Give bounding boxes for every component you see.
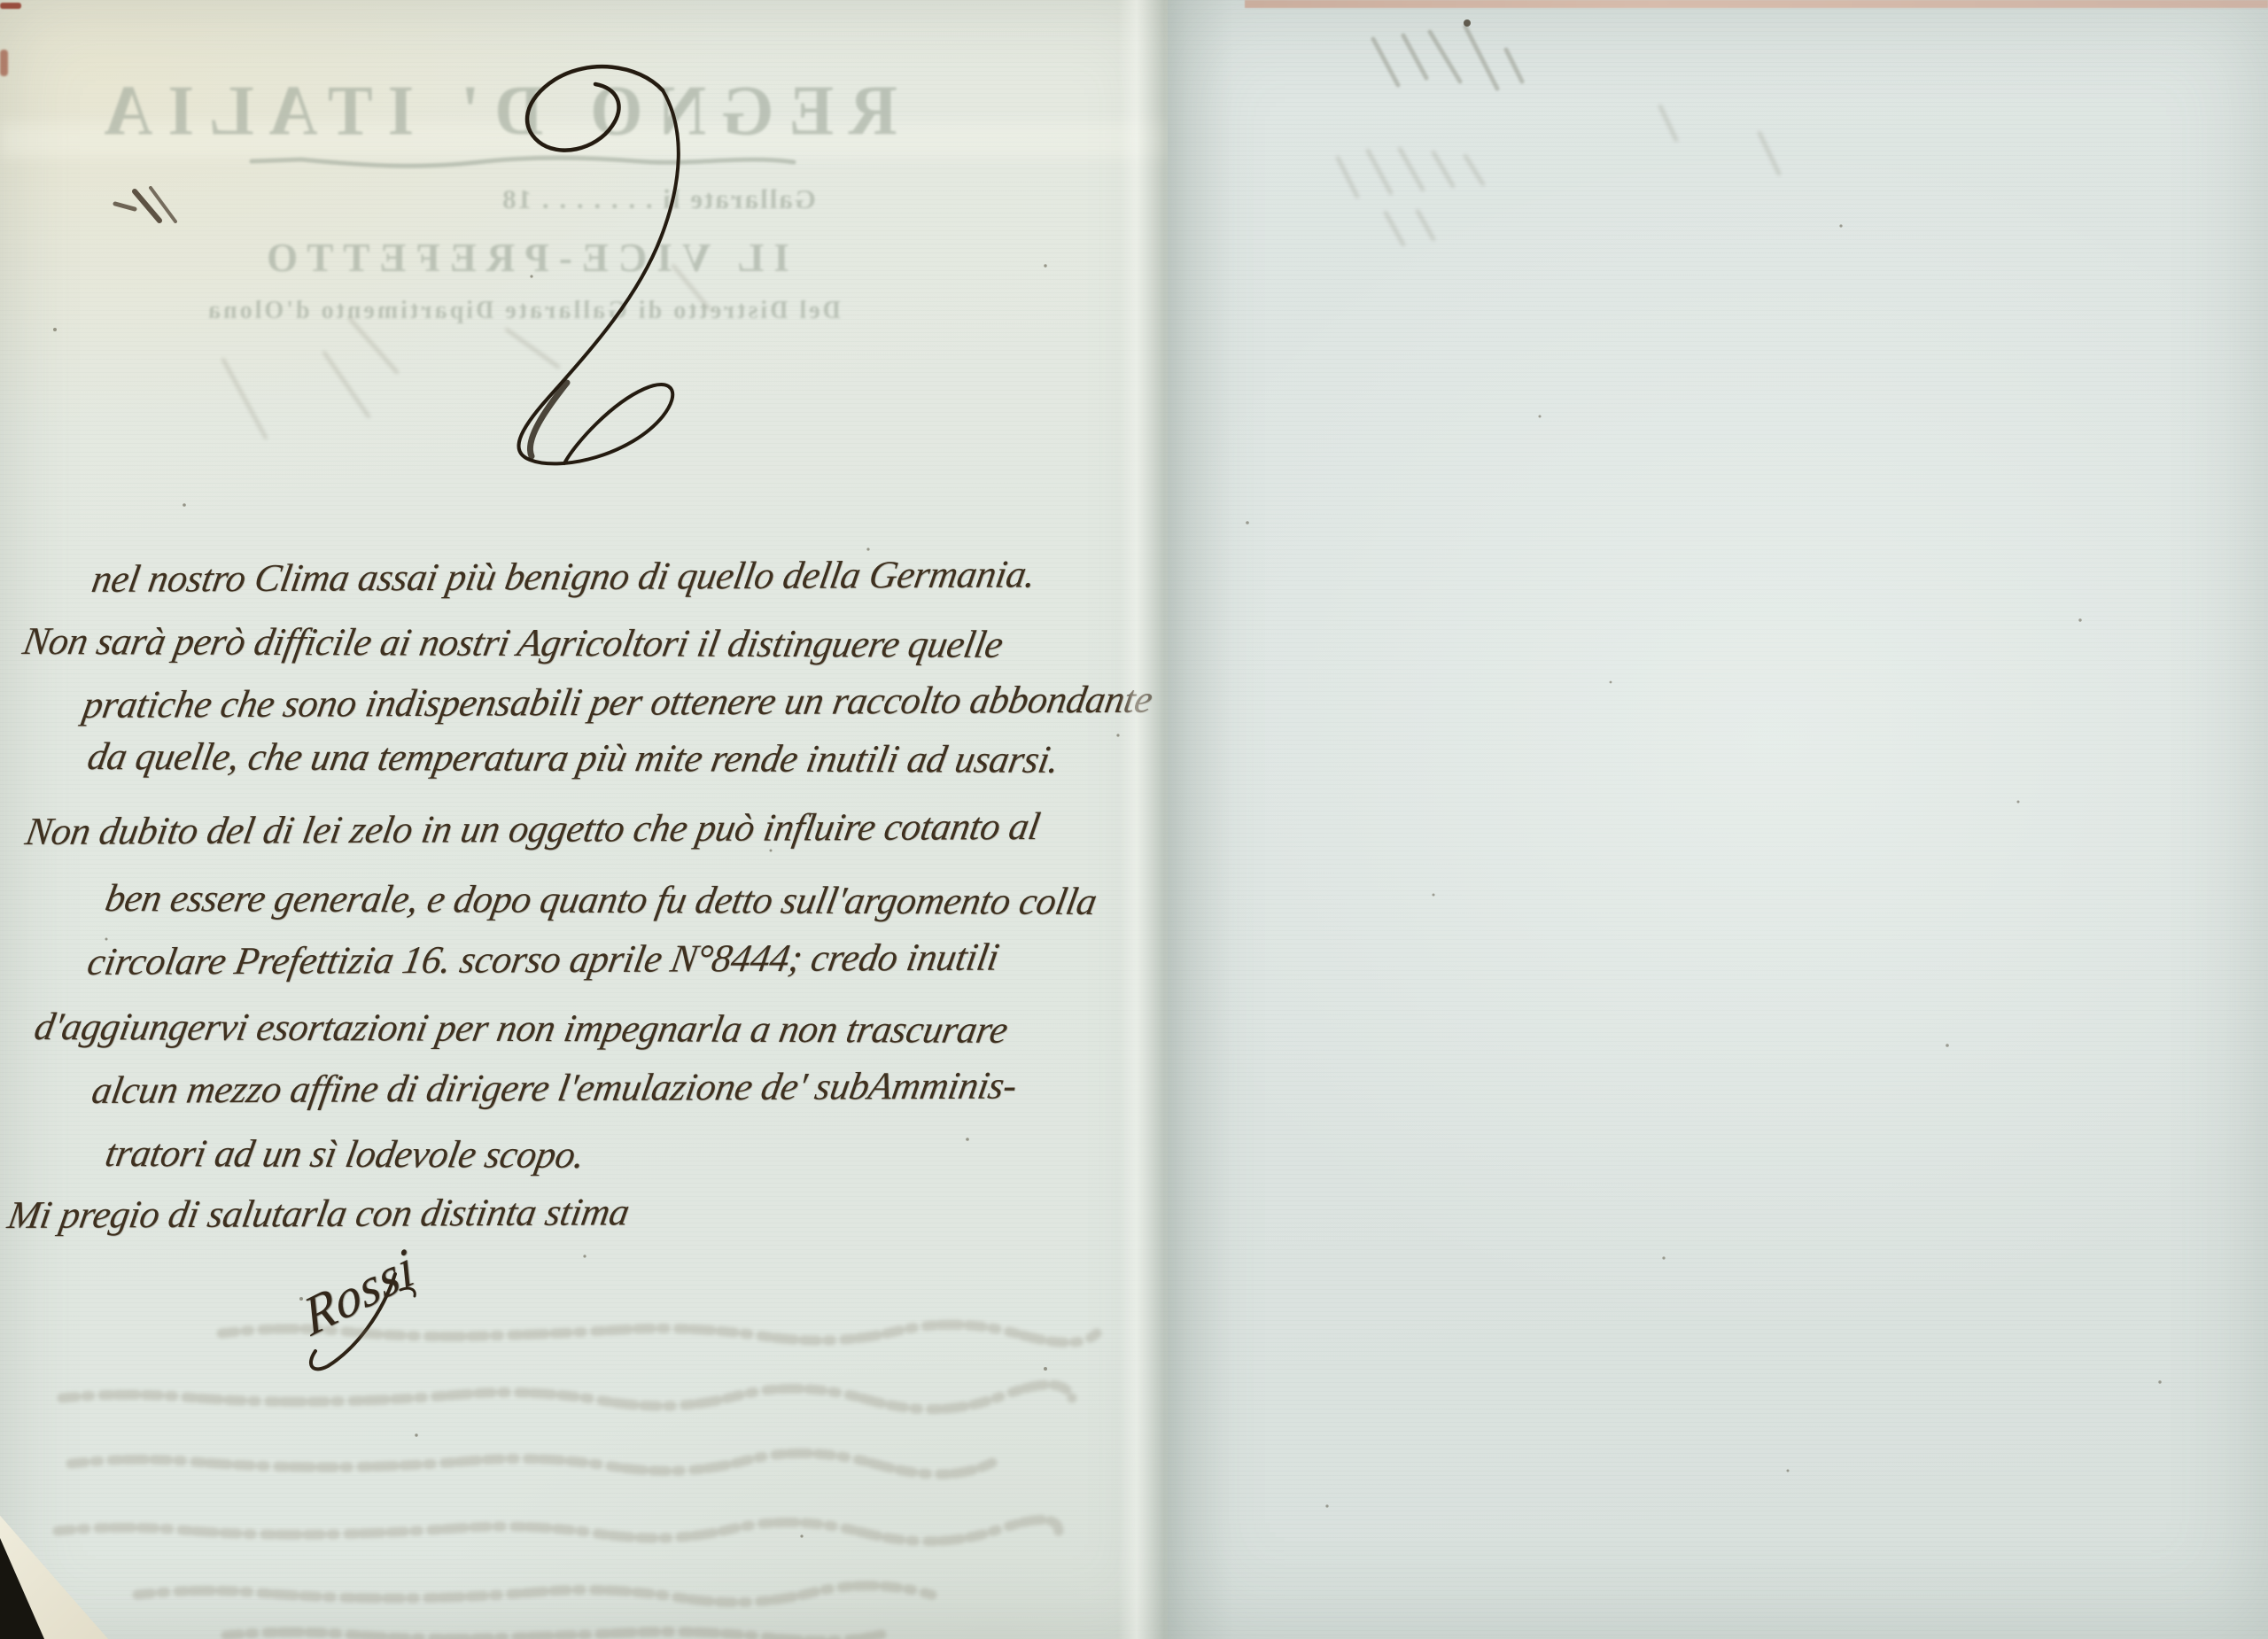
letterhead-ornament-rule (249, 153, 798, 169)
date-bleed-strokes (1338, 106, 1779, 245)
document-scan: REGNO D' ITALIA Gallarate li . . . . . .… (0, 0, 2268, 1639)
letter-line: Non sarà però difficile ai nostri Agrico… (19, 618, 1006, 667)
letter-line: pratiche che sono indispensabili per ott… (80, 677, 1156, 727)
scan-edge-strip (1245, 0, 2268, 8)
red-edge-mark (0, 50, 8, 76)
paper-speckles (1246, 224, 2162, 1507)
letterhead-bleed-through: REGNO D' ITALIA Gallarate li . . . . . .… (149, 73, 897, 356)
letter-line: ben essere generale, e dopo quanto fu de… (102, 875, 1100, 924)
ink-dot (1464, 19, 1471, 27)
letter-line: d'aggiungervi esortazioni per non impegn… (31, 1004, 1011, 1053)
signature: Rossi (298, 1235, 421, 1349)
letterhead-district-line: Del Distretto di Gallarate Dipartimento … (149, 297, 897, 325)
letter-line: tratori ad un sì lodevole scopo. (102, 1130, 588, 1177)
letterhead-office-title: IL VICE-PREFETTO (149, 235, 897, 281)
letterhead-kingdom-title: REGNO D' ITALIA (149, 70, 897, 151)
letter-line: nel nostro Clima assai più benigno di qu… (89, 551, 1039, 602)
letterhead-place-date-line: Gallarate li . . . . . . . 18 (149, 183, 897, 215)
letter-line: Non dubito del di lei zelo in un oggetto… (22, 804, 1043, 854)
red-edge-mark (0, 3, 21, 9)
left-page: REGNO D' ITALIA Gallarate li . . . . . .… (0, 0, 1168, 1639)
right-page (1168, 0, 2268, 1639)
letter-line: alcun mezzo affine di dirigere l'emulazi… (89, 1063, 1021, 1113)
letter-line: da quelle, che una temperatura più mite … (84, 734, 1063, 782)
right-page-marks-layer (1168, 0, 2268, 1639)
bleed-through-text-lines (58, 1324, 1099, 1639)
docket-bleed-strokes (1373, 27, 1522, 89)
letter-line: Mi pregio di salutarla con distinta stim… (4, 1189, 633, 1238)
letter-line: circolare Prefettizia 16. scorso aprile … (84, 935, 1002, 984)
